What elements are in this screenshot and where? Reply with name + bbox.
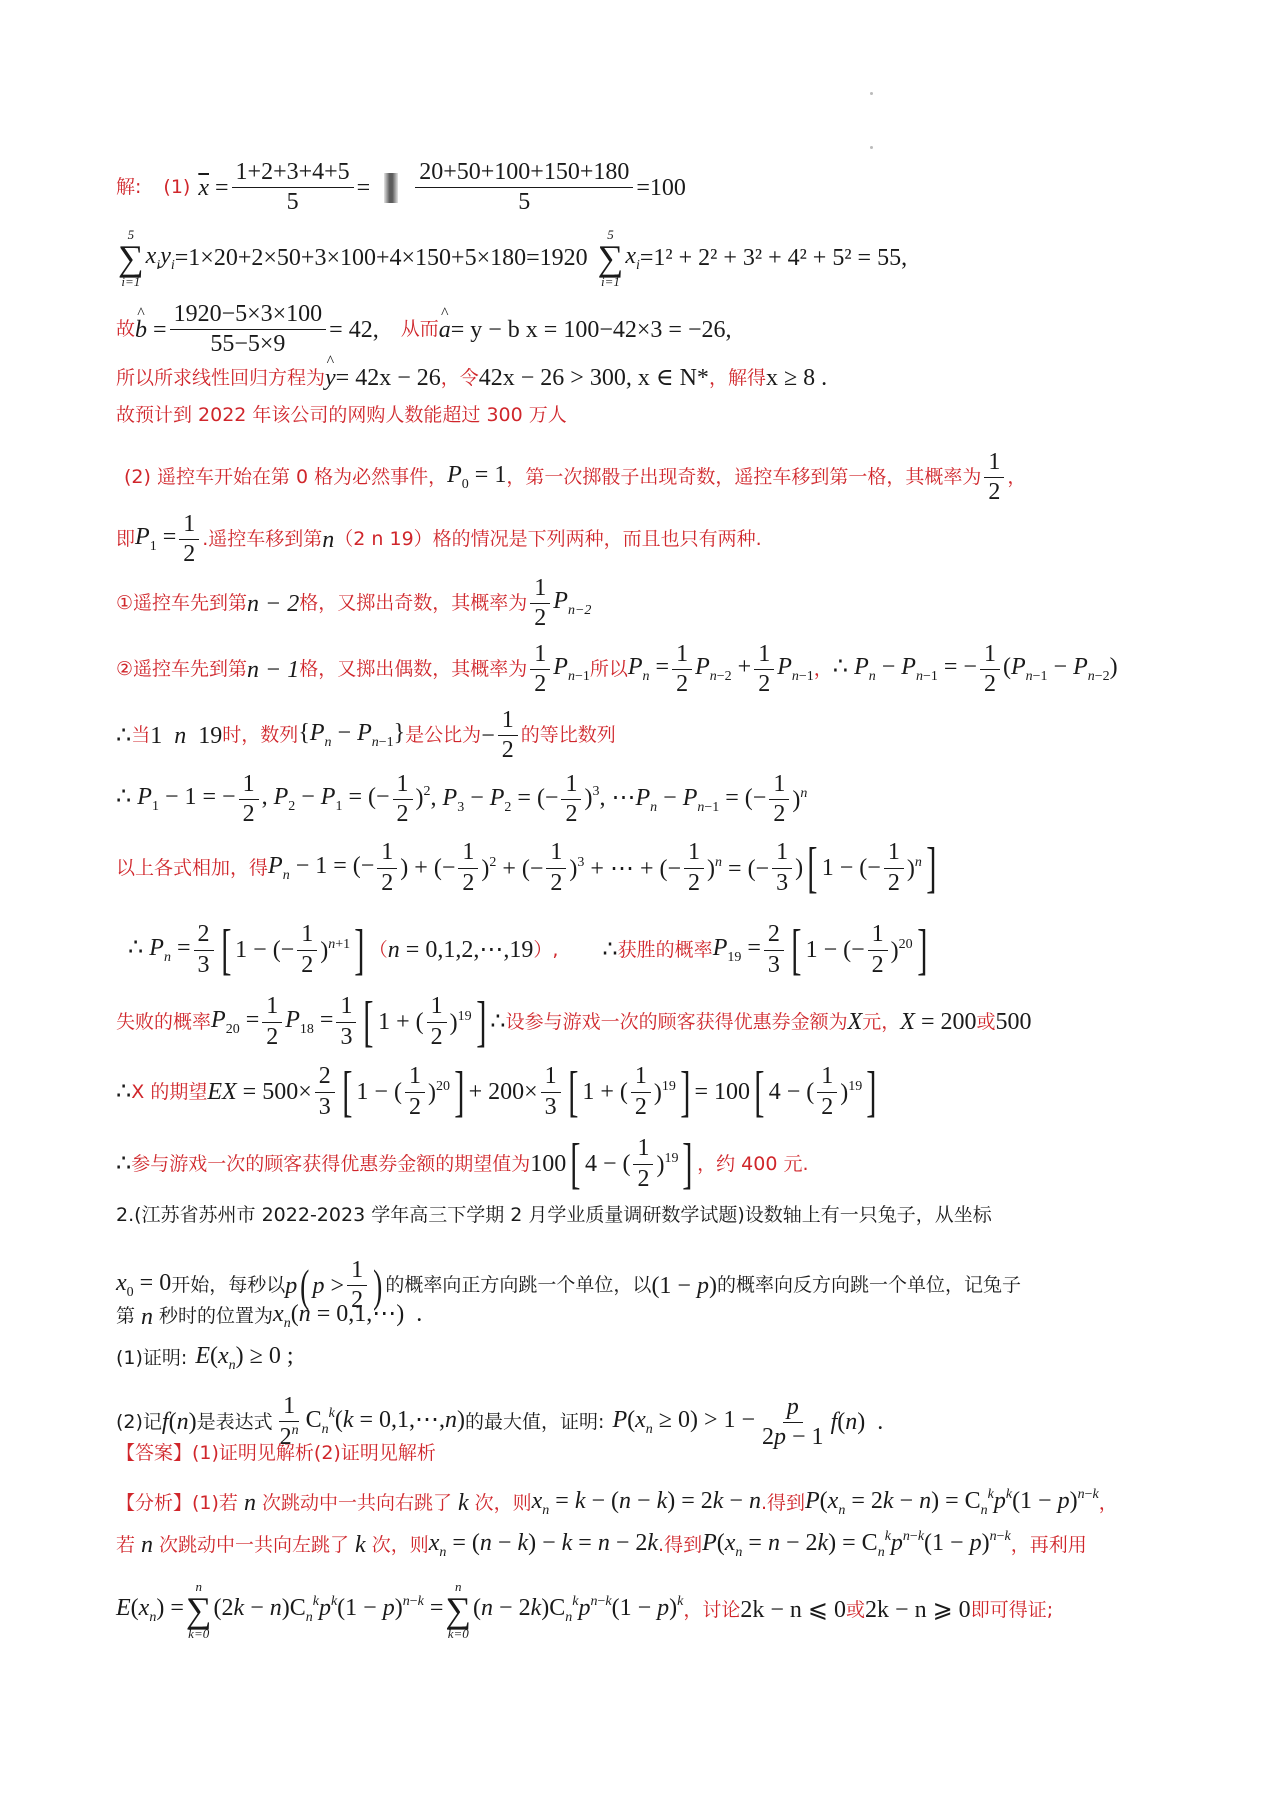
scan-speck (870, 92, 873, 95)
case-1-line: ①遥控车先到第 n − 2 格，又掷出奇数，其概率为 12 Pn−2 (116, 576, 591, 631)
final-answer-line: ∴ 参与游戏一次的顾客获得优惠券金额的期望值为 100 [4 − (12)19]… (116, 1136, 809, 1192)
xbar-symbol: x = (198, 176, 228, 200)
document-page: 解: (1) x = 1+2+3+4+5 5 = 20+50+100+150+1… (0, 0, 1280, 1810)
scan-speck (870, 146, 873, 149)
problem2-source: (江苏省苏州市 2022-2023 学年高三下学期 2 月学业质量调研数学试题) (134, 1206, 745, 1225)
pn-formula-line: ∴ Pn = 23 [1 − (−12)n+1] （n = 0,1,2,⋯,19… (128, 922, 931, 978)
b-fraction: 1920−5×3×100 55−5×9 (170, 302, 327, 357)
sum-x2-expression: =1² + 2² + 3² + 4² + 5² = 55, (640, 246, 907, 270)
solution-line-means: 解: (1) x = 1+2+3+4+5 5 = 20+50+100+150+1… (116, 160, 686, 215)
sum-xy-expression: =1×20+2×50+3×100+4×150+5×180=1920 (175, 246, 588, 270)
solution-line-sums: 5 ∑ i=1 xiyi =1×20+2×50+3×100+4×150+5×18… (116, 228, 907, 288)
answer-label: 【答案】 (116, 1444, 192, 1463)
part1-label: (1) (163, 178, 190, 197)
problem2-stem-line-1: 2. (江苏省苏州市 2022-2023 学年高三下学期 2 月学业质量调研数学… (116, 1206, 992, 1225)
a-expression: = y − b x = 100−42×3 = −26, (451, 318, 732, 342)
analysis-line-3: E(xn) = n∑k=0 (2k − n)Cnkpk(1 − p)n−k = … (116, 1580, 1053, 1640)
differences-line: ∴ P1 − 1 = − 12 , P2 − P1 = (− 12 )2, P3… (116, 772, 807, 827)
xbar-fraction: 1+2+3+4+5 5 (232, 160, 354, 215)
geometric-sequence-line: ∴ 当 1 n 19 时，数列 {Pn − Pn−1} 是公比为 − 12 的等… (116, 708, 616, 763)
part2-line-1: (2) 遥控车开始在第 0 格为必然事件， P0 = 1 ，第一次掷骰子出现奇数… (124, 450, 1026, 505)
solution-conclusion-1: 故预计到 2022 年该公司的网购人数能超过 300 万人 (116, 406, 567, 425)
redacted-mark (384, 173, 398, 203)
solution-line-coefficients: 故 b = 1920−5×3×100 55−5×9 = 42, 从而 a = y… (116, 302, 731, 357)
summation-symbol: 5 ∑ i=1 (118, 228, 144, 288)
case-2-line: ②遥控车先到第 n − 1 格，又掷出偶数，其概率为 12 Pn−1 所以 Pn… (116, 642, 1118, 697)
solution-label: 解: (116, 178, 141, 197)
analysis-line-2: 若 n 次跳动中一共向左跳了 k 次，则 xn = (n − k) − k = … (116, 1530, 1087, 1560)
solution-line-regression: 所以所求线性回归方程为 y = 42x − 26 ，令 42x − 26 > 3… (116, 366, 827, 390)
expectation-line: ∴ X 的期望 EX = 500× 23 [1 − (12)20] + 200×… (116, 1064, 881, 1120)
ybar-fraction: 20+50+100+150+180 5 (415, 160, 633, 215)
analysis-label: 【分析】 (116, 1494, 192, 1513)
sum-line: 以上各式相加，得 Pn − 1 = (− 12 ) + (− 12 )2 + (… (116, 840, 940, 896)
summation-symbol: 5 ∑ i=1 (598, 228, 624, 288)
problem2-question-1: (1)证明: E(xn) ≥ 0 ; (116, 1344, 294, 1373)
answer-line: 【答案】 (1)证明见解析(2)证明见解析 (116, 1444, 436, 1463)
problem2-stem-line-3: 第 n 秒时的位置为 xn(n = 0,1,⋯) . (116, 1302, 422, 1331)
ybar-result: =100 (636, 176, 686, 200)
part2-line-2: 即 P1 = 12 .遥控车移到第 n （2 n 19） 格的情况是下列两种，而… (116, 512, 762, 567)
lose-probability-line: 失败的概率 P20 = 12 P18 = 13 [1 + (12)19] ∴ 设… (116, 994, 1032, 1050)
analysis-line-1: 【分析】 (1)若 n 次跳动中一共向右跳了 k 次，则 xn = k − (n… (116, 1488, 1118, 1518)
